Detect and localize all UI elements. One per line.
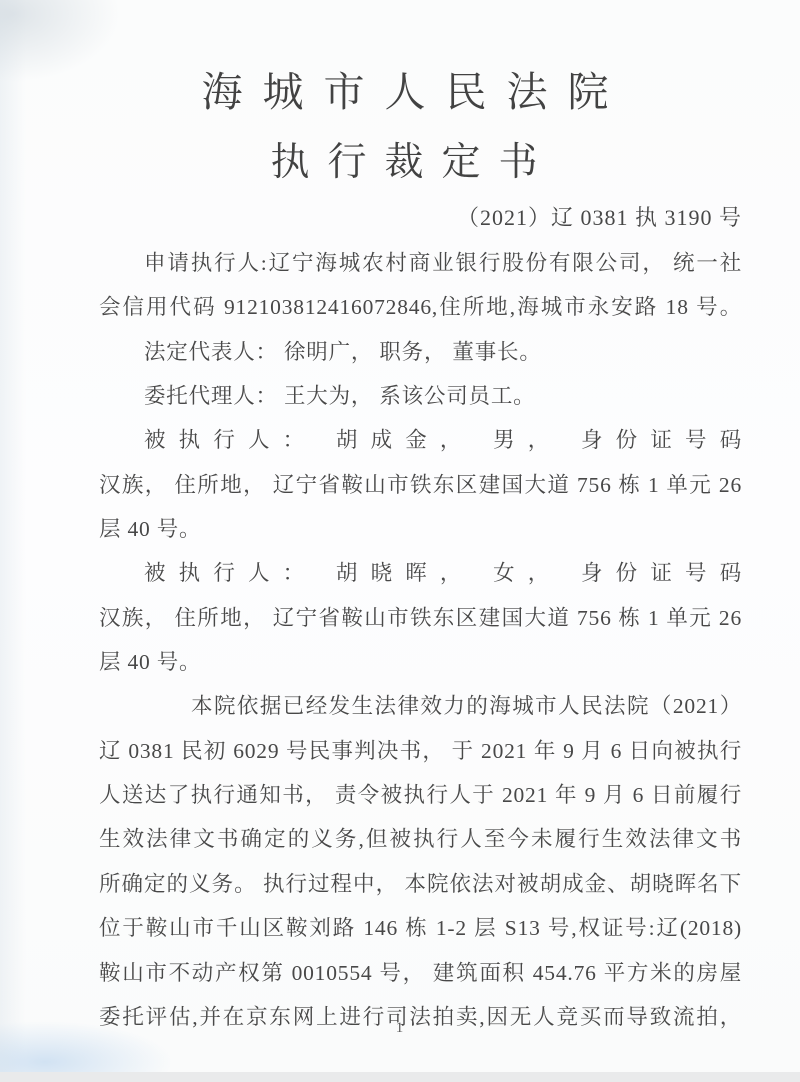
document-type-title: 执行裁定书 xyxy=(0,141,800,185)
body-line: 法定代表人： 徐明广， 职务， 董事长。 xyxy=(99,330,742,374)
body-line: 生效法律文书确定的义务,但被执行人至今未履行生效法律文书 xyxy=(99,817,742,861)
body-line: 申请执行人:辽宁海城农村商业银行股份有限公司， 统一社 xyxy=(99,241,742,285)
body-line: 汉族， 住所地， 辽宁省鞍山市铁东区建国大道 756 栋 1 单元 26 xyxy=(99,596,742,640)
body-line: 本院依据已经发生法律效力的海城市人民法院（2021） xyxy=(99,684,742,728)
document-body: 申请执行人:辽宁海城农村商业银行股份有限公司， 统一社 会信用代码 912103… xyxy=(99,241,742,1039)
body-line: 人送达了执行通知书， 责令被执行人于 2021 年 9 月 6 日前履行 xyxy=(99,773,742,817)
scanned-document-page: 海城市人民法院 执行裁定书 （2021）辽 0381 执 3190 号 申请执行… xyxy=(0,0,800,1072)
body-line: 辽 0381 民初 6029 号民事判决书， 于 2021 年 9 月 6 日向… xyxy=(99,729,742,773)
body-line: 会信用代码 912103812416072846,住所地,海城市永安路 18 号… xyxy=(99,285,742,329)
body-line: 层 40 号。 xyxy=(99,640,742,684)
body-line: 所确定的义务。 执行过程中， 本院依法对被胡成金、胡晓晖名下 xyxy=(99,862,742,906)
body-line: 位于鞍山市千山区鞍刘路 146 栋 1-2 层 S13 号,权证号:辽(2018… xyxy=(99,906,742,950)
page-number: 1 xyxy=(0,1020,800,1037)
case-number: （2021）辽 0381 执 3190 号 xyxy=(457,201,742,232)
body-line: 鞍山市不动产权第 0010554 号， 建筑面积 454.76 平方米的房屋 xyxy=(99,951,742,995)
body-line: 层 40 号。 xyxy=(99,507,742,551)
body-line: 汉族， 住所地， 辽宁省鞍山市铁东区建国大道 756 栋 1 单元 26 xyxy=(99,463,742,507)
body-line: 被执行人： 胡晓晖， 女， 身份证号码 210304198809191823， xyxy=(99,551,742,595)
body-line: 被执行人： 胡成金， 男， 身份证号码 210381198210096857， xyxy=(99,418,742,462)
body-line: 委托代理人： 王大为， 系该公司员工。 xyxy=(99,374,742,418)
court-name: 海城市人民法院 xyxy=(0,70,800,114)
scan-backdrop xyxy=(0,1072,800,1082)
